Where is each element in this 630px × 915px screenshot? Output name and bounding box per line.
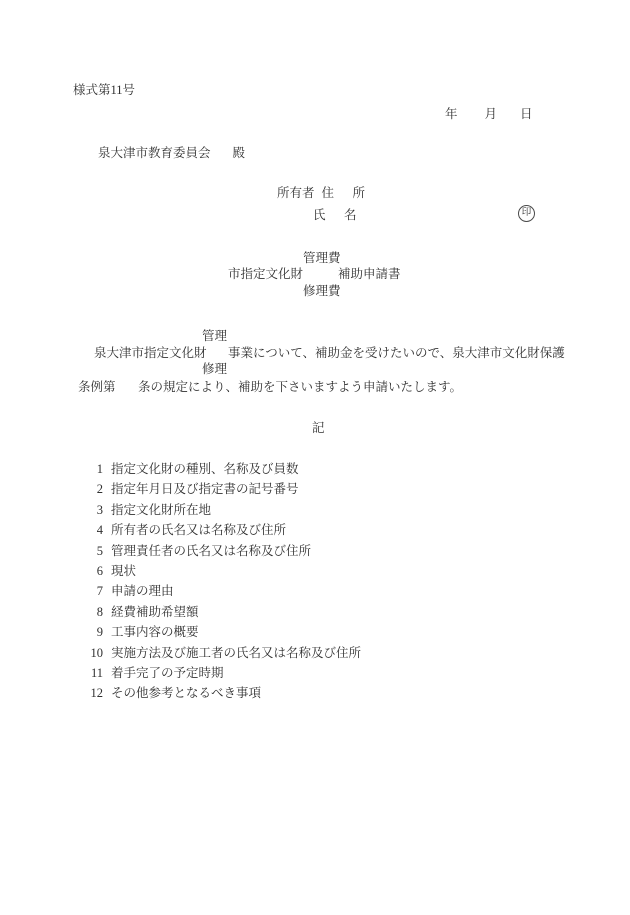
- item-text: 指定文化財の種別、名称及び員数: [111, 459, 299, 479]
- seal-mark-icon: 印: [518, 205, 535, 222]
- item-text: 着手完了の予定時期: [111, 663, 224, 683]
- date-month-label: 月: [485, 107, 498, 121]
- owner-label: 所有者: [277, 186, 315, 200]
- owner-address-line: 所有者 住 所: [277, 186, 368, 200]
- application-form-page: 様式第11号 年 月 日 泉大津市教育委員会 殿 所有者 住 所 氏 名 印 管…: [0, 0, 630, 915]
- item-text: その他参考となるべき事項: [111, 683, 261, 703]
- list-item: 8 経費補助希望額: [85, 602, 361, 622]
- title-right-text: 補助申請書: [338, 267, 401, 281]
- list-item: 5 管理責任者の氏名又は名称及び住所: [85, 541, 361, 561]
- item-text: 指定年月日及び指定書の記号番号: [111, 479, 299, 499]
- item-number: 1: [85, 459, 103, 479]
- body-line2-right: 条の規定により、補助を下さいますよう申請いたします。: [138, 380, 462, 394]
- owner-address-label: 住 所: [322, 186, 369, 200]
- item-text: 工事内容の概要: [111, 622, 199, 642]
- addressee-line: 泉大津市教育委員会 殿: [98, 146, 245, 160]
- body-line2-left: 条例第: [78, 380, 116, 394]
- date-line: 年 月 日: [445, 107, 533, 121]
- item-text: 経費補助希望額: [111, 602, 199, 622]
- body-line1-right: 事業について、補助金を受けたいので、泉大津市文化財保護: [228, 346, 565, 360]
- item-number: 12: [85, 683, 103, 703]
- list-item: 11 着手完了の予定時期: [85, 663, 361, 683]
- title-expense-option-bottom: 修理費: [303, 284, 341, 298]
- item-text: 管理責任者の氏名又は名称及び住所: [111, 541, 311, 561]
- list-item: 2 指定年月日及び指定書の記号番号: [85, 479, 361, 499]
- body-work-option-bottom: 修理: [202, 362, 227, 376]
- item-number: 5: [85, 541, 103, 561]
- date-day-label: 日: [520, 107, 533, 121]
- title-expense-option-top: 管理費: [303, 251, 341, 265]
- item-text: 指定文化財所在地: [111, 500, 211, 520]
- list-item: 6 現状: [85, 561, 361, 581]
- item-number: 11: [85, 663, 103, 683]
- item-text: 現状: [111, 561, 136, 581]
- item-number: 7: [85, 581, 103, 601]
- item-text: 所有者の氏名又は名称及び住所: [111, 520, 286, 540]
- item-number: 2: [85, 479, 103, 499]
- seal-character: 印: [522, 209, 532, 219]
- item-text: 申請の理由: [111, 581, 174, 601]
- form-number: 様式第11号: [73, 83, 135, 97]
- item-number: 8: [85, 602, 103, 622]
- list-item: 3 指定文化財所在地: [85, 500, 361, 520]
- addressee-honorific: 殿: [233, 146, 246, 160]
- body-work-option-top: 管理: [202, 329, 227, 343]
- date-year-label: 年: [445, 107, 458, 121]
- item-text: 実施方法及び施工者の氏名又は名称及び住所: [111, 643, 361, 663]
- record-heading: 記: [312, 421, 325, 435]
- item-number: 3: [85, 500, 103, 520]
- item-number: 6: [85, 561, 103, 581]
- list-item: 4 所有者の氏名又は名称及び住所: [85, 520, 361, 540]
- item-number: 9: [85, 622, 103, 642]
- owner-name-label: 氏 名: [313, 208, 360, 222]
- body-line1-left: 泉大津市指定文化財: [94, 346, 207, 360]
- list-item: 12 その他参考となるべき事項: [85, 683, 361, 703]
- list-item: 9 工事内容の概要: [85, 622, 361, 642]
- item-number: 4: [85, 520, 103, 540]
- item-number: 10: [85, 643, 103, 663]
- list-item: 7 申請の理由: [85, 581, 361, 601]
- item-list: 1 指定文化財の種別、名称及び員数 2 指定年月日及び指定書の記号番号 3 指定…: [85, 459, 361, 704]
- list-item: 1 指定文化財の種別、名称及び員数: [85, 459, 361, 479]
- title-left-text: 市指定文化財: [228, 267, 303, 281]
- list-item: 10 実施方法及び施工者の氏名又は名称及び住所: [85, 643, 361, 663]
- addressee-name: 泉大津市教育委員会: [98, 146, 211, 160]
